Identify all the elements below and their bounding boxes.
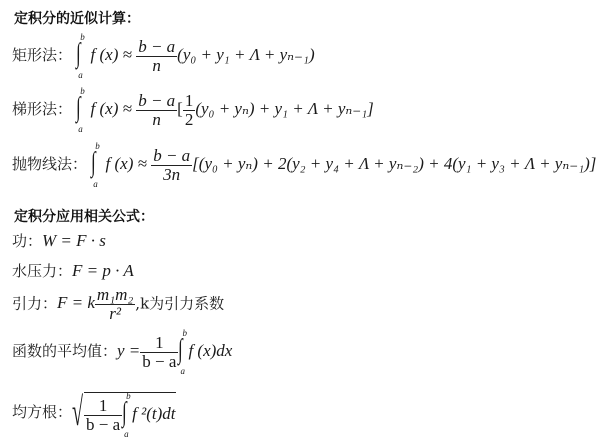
- fraction: b − an: [136, 92, 177, 129]
- section-title-approximation: 定积分的近似计算：: [14, 8, 140, 28]
- fraction-half: 12: [183, 92, 196, 129]
- formula-water-pressure: 水压力：F = p · A: [12, 260, 134, 281]
- label-rectangle-method: 矩形法：: [12, 46, 72, 64]
- formula-rectangle-method: 矩形法： ∫ba f (x) ≈ b − an(y₀ + y₁ + Λ + yₙ…: [12, 36, 315, 76]
- integral-sign-icon: ∫ba: [76, 90, 86, 130]
- formula-rms: 均方根：√1b − a∫baf ²(t)dt: [12, 392, 176, 435]
- fraction: b − an: [136, 38, 177, 75]
- integral-sign-icon: ∫ba: [91, 145, 101, 185]
- formula-work: 功：W = F · s: [12, 230, 106, 251]
- section-title-applications: 定积分应用相关公式：: [14, 206, 154, 226]
- formula-gravity: 引力：F = km₁m₂r²,k为引力系数: [12, 286, 224, 323]
- label-trapezoid-method: 梯形法：: [12, 100, 72, 118]
- sqrt-icon: √1b − a∫baf ²(t)dt: [72, 392, 175, 435]
- fraction: b − a3n: [151, 147, 192, 184]
- integral-sign-icon: ∫ba: [122, 395, 132, 435]
- formula-trapezoid-method: 梯形法： ∫ba f (x) ≈ b − an[12(y₀ + yₙ) + y₁…: [12, 90, 374, 130]
- formula-parabolic-method: 抛物线法： ∫ba f (x) ≈ b − a3n[(y₀ + yₙ) + 2(…: [12, 145, 596, 185]
- formula-mean-value: 函数的平均值：y =1b − a∫baf (x)dx: [12, 332, 232, 372]
- integral-sign-icon: ∫ba: [178, 332, 188, 372]
- label-parabolic-method: 抛物线法：: [12, 155, 87, 173]
- integral-sign-icon: ∫ba: [76, 36, 86, 76]
